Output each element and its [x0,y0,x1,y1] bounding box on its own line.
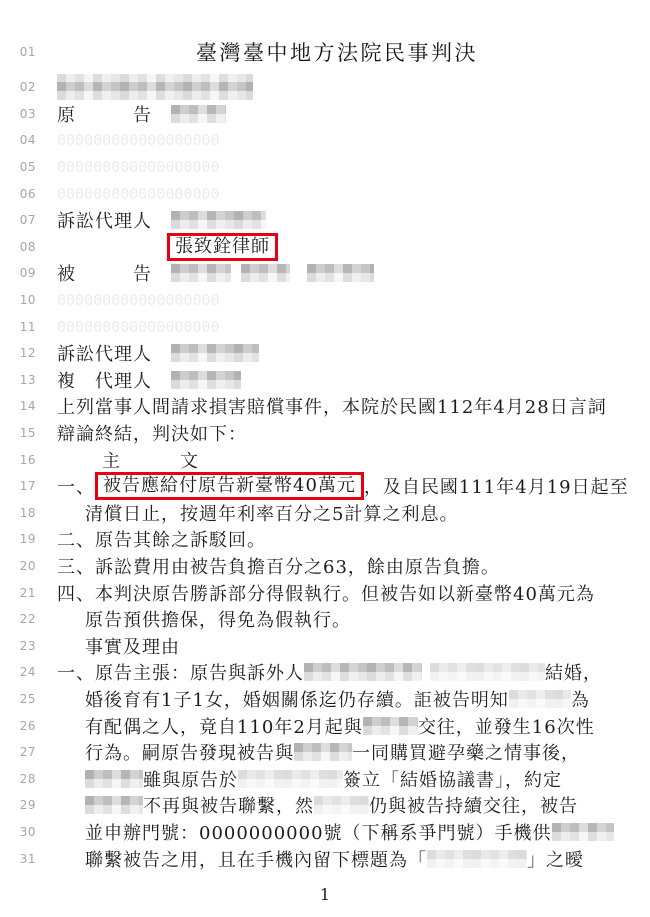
line-number: 19 [0,532,36,546]
placeholder-zeros: 000000000000000000 [57,131,220,149]
line-content: 事實及理由 [85,633,180,659]
document-line-11: 11000000000000000000 [0,313,650,340]
text-run: 文 [180,447,199,473]
text-run: 交往，並發生16次性 [418,713,595,739]
spacer [121,459,180,460]
line-number: 31 [0,852,36,866]
placeholder-zeros: 000000000000000000 [57,185,220,203]
document-line-10: 10000000000000000000 [0,287,650,314]
line-number: 11 [0,320,36,334]
document-line-08: 08張致銓律師 [0,234,650,261]
line-content: 主文 [102,447,199,473]
line-number: 15 [0,426,36,440]
line-content: 張致銓律師 [57,233,278,261]
document-line-16: 16主文 [0,446,650,473]
text-run: 三、訴訟費用由被告負擔百分之63，餘由原告負擔。 [57,553,500,579]
line-content: 複 代理人 [57,367,241,393]
line-number: 24 [0,665,36,679]
line-content: 一、原告主張：原告與訴外人結婚， [57,659,602,685]
placeholder-zeros: 000000000000000000 [57,291,220,309]
redaction-pixelated [363,717,418,735]
line-content: 上列當事人間請求損害賠償事件，本院於民國112年4月28日言詞 [57,393,607,419]
line-content: 有配偶之人，竟自110年2月起與交往，並發生16次性 [85,713,595,739]
document-line-22: 22原告預供擔保，得免為假執行。 [0,606,650,633]
redaction-pixelated [314,796,369,814]
line-content: 婚後育有1子1女，婚姻關係迄仍存續。詎被告明知為 [85,686,590,712]
spacer [153,353,171,354]
document-line-17: 17一、被告應給付原告新臺幣40萬元，及自民國111年4月19日起至 [0,473,650,500]
line-number: 06 [0,187,36,201]
redaction-pixelated [238,770,343,788]
red-highlight-box: 張致銓律師 [167,233,278,261]
line-number: 26 [0,719,36,733]
document-line-23: 23事實及理由 [0,632,650,659]
redaction-pixelated [85,796,143,814]
document-line-03: 03原 告 [0,101,650,128]
line-content: 一、被告應給付原告新臺幣40萬元，及自民國111年4月19日起至 [57,472,629,500]
spacer [422,672,430,673]
document-line-07: 07訴訟代理人 [0,207,650,234]
line-content: 並申辦門號：0000000000號（下稱系爭門號）手機供 [85,819,614,845]
text-run: 結婚， [545,659,602,685]
text-run: 二、原告其餘之訴駁回。 [57,526,266,552]
placeholder-zeros: 000000000000000000 [57,318,220,336]
spacer [57,246,167,247]
document-line-30: 30並申辦門號：0000000000號（下稱系爭門號）手機供 [0,819,650,846]
text-run: 行為。嗣原告發現被告與 [85,739,294,765]
spacer [153,273,171,274]
line-number: 29 [0,798,36,812]
line-number: 05 [0,160,36,174]
line-number: 21 [0,586,36,600]
line-content: 三、訴訟費用由被告負擔百分之63，餘由原告負擔。 [57,553,500,579]
line-number: 27 [0,745,36,759]
placeholder-zeros: 000000000000000000 [57,158,220,176]
line-number: 17 [0,479,36,493]
redaction-pixelated [171,344,259,362]
text-run: 主 [102,447,121,473]
text-run: 不再與被告聯繫，然 [143,792,314,818]
line-number: 23 [0,639,36,653]
line-number: 13 [0,373,36,387]
document-line-18: 18清償日止，按週年利率百分之5計算之利息。 [0,500,650,527]
spacer [153,220,171,221]
line-number: 18 [0,506,36,520]
line-content: 辯論終結，判決如下： [57,420,247,446]
text-run: 簽立「結婚協議書」，約定 [343,766,562,792]
text-run: 聯繫被告之用，且在手機內留下標題為「 [85,846,427,872]
redaction-pixelated [171,211,266,229]
line-content: 四、本判決原告勝訴部分得假執行。但被告如以新臺幣40萬元為 [57,580,595,606]
document-line-02: 02 [0,74,650,101]
line-content: 雖與原告於簽立「結婚協議書」，約定 [85,766,562,792]
redaction-pixelated [85,770,143,788]
line-content: 原告預供擔保，得免為假執行。 [85,606,351,632]
text-run: 一、原告主張：原告與訴外人 [57,659,304,685]
line-content: 聯繫被告之用，且在手機內留下標題為「」之曖 [85,846,584,872]
document-line-20: 20三、訴訟費用由被告負擔百分之63，餘由原告負擔。 [0,553,650,580]
spacer [290,273,307,274]
party-label: 訴訟代理人 [57,340,153,366]
line-number: 12 [0,346,36,360]
line-number: 10 [0,293,36,307]
line-number: 02 [0,80,36,94]
line-content: 原 告 [57,101,226,127]
text-run: 事實及理由 [85,633,180,659]
redaction-pixelated [57,74,253,100]
line-number: 16 [0,453,36,467]
line-number: 28 [0,772,36,786]
line-content: 000000000000000000 [57,318,220,336]
document-line-15: 15辯論終結，判決如下： [0,420,650,447]
line-content: 被 告 [57,260,374,286]
text-run: 原告預供擔保，得免為假執行。 [85,606,351,632]
line-number: 09 [0,266,36,280]
document-line-06: 06000000000000000000 [0,180,650,207]
line-content: 不再與被告聯繫，然仍與被告持續交往，被告 [85,792,578,818]
text-run: 為 [571,686,590,712]
line-content: 000000000000000000 [57,291,220,309]
document-line-01: 01臺灣臺中地方法院民事判決 [0,30,650,74]
text-run: 仍與被告持續交往，被告 [369,792,578,818]
spacer [153,379,171,380]
line-content: 二、原告其餘之訴駁回。 [57,526,266,552]
line-content [57,74,290,100]
line-content: 行為。嗣原告發現被告與一同購買避孕藥之情事後， [85,739,580,765]
text-run: 臺灣臺中地方法院民事判決 [196,37,478,67]
redaction-pixelated [171,105,226,123]
party-label: 訴訟代理人 [57,207,153,233]
page-footer: 1 [0,872,650,917]
redaction-pixelated [430,663,545,681]
line-number: 14 [0,399,36,413]
line-number: 01 [0,45,36,59]
text-run: 一同購買避孕藥之情事後， [352,739,580,765]
redaction-pixelated [304,663,422,681]
page-number: 1 [320,885,330,904]
document-line-13: 13複 代理人 [0,367,650,394]
document-line-24: 24一、原告主張：原告與訴外人結婚， [0,659,650,686]
redaction-pixelated [294,743,352,761]
document-line-12: 12訴訟代理人 [0,340,650,367]
document-line-29: 29不再與被告聯繫，然仍與被告持續交往，被告 [0,792,650,819]
judgment-document-page: 01臺灣臺中地方法院民事判決0203原 告0400000000000000000… [0,0,650,917]
text-run: 有配偶之人，竟自110年2月起與 [85,713,363,739]
document-line-05: 05000000000000000000 [0,154,650,181]
text-run: 上列當事人間請求損害賠償事件，本院於民國112年4月28日言詞 [57,393,607,419]
spacer [231,273,241,274]
document-title: 臺灣臺中地方法院民事判決 [57,37,617,67]
redaction-pixelated [427,850,527,868]
document-line-25: 25婚後育有1子1女，婚姻關係迄仍存續。詎被告明知為 [0,686,650,713]
redaction-pixelated [241,264,290,282]
document-line-14: 14上列當事人間請求損害賠償事件，本院於民國112年4月28日言詞 [0,393,650,420]
text-run: 婚後育有1子1女，婚姻關係迄仍存續。詎被告明知 [85,686,509,712]
text-run: 雖與原告於 [143,766,238,792]
line-number: 30 [0,825,36,839]
document-line-28: 28雖與原告於簽立「結婚協議書」，約定 [0,765,650,792]
line-content: 000000000000000000 [57,158,220,176]
spacer [153,113,171,114]
text-run: 四、本判決原告勝訴部分得假執行。但被告如以新臺幣40萬元為 [57,580,595,606]
line-number: 03 [0,107,36,121]
line-content: 清償日止，按週年利率百分之5計算之利息。 [85,500,458,526]
party-label: 原 告 [57,101,153,127]
line-number: 04 [0,133,36,147]
line-content: 訴訟代理人 [57,340,259,366]
redaction-pixelated [509,690,571,708]
redaction-pixelated [171,371,241,389]
document-line-27: 27行為。嗣原告發現被告與一同購買避孕藥之情事後， [0,739,650,766]
redaction-pixelated [171,264,231,282]
party-label: 被 告 [57,260,153,286]
text-run: 清償日止，按週年利率百分之5計算之利息。 [85,500,458,526]
document-line-21: 21四、本判決原告勝訴部分得假執行。但被告如以新臺幣40萬元為 [0,579,650,606]
text-run: 一、 [57,473,95,499]
document-lines: 01臺灣臺中地方法院民事判決0203原 告0400000000000000000… [0,30,650,872]
line-content: 訴訟代理人 [57,207,266,233]
document-line-04: 04000000000000000000 [0,127,650,154]
line-number: 07 [0,213,36,227]
text-run: 」之曖 [527,846,584,872]
line-number: 25 [0,692,36,706]
text-run: ，及自民國111年4月19日起至 [364,473,629,499]
document-line-26: 26有配偶之人，竟自110年2月起與交往，並發生16次性 [0,712,650,739]
line-content: 000000000000000000 [57,185,220,203]
document-line-31: 31聯繫被告之用，且在手機內留下標題為「」之曖 [0,845,650,872]
line-number: 08 [0,240,36,254]
document-line-19: 19二、原告其餘之訴駁回。 [0,526,650,553]
line-number: 22 [0,612,36,626]
spacer [253,87,290,88]
party-label: 複 代理人 [57,367,153,393]
redaction-pixelated [552,823,614,841]
text-run: 辯論終結，判決如下： [57,420,247,446]
text-run: 並申辦門號：0000000000號（下稱系爭門號）手機供 [85,819,552,845]
document-line-09: 09被 告 [0,260,650,287]
line-number: 20 [0,559,36,573]
line-content: 000000000000000000 [57,131,220,149]
redaction-pixelated [307,264,374,282]
red-highlight-box: 被告應給付原告新臺幣40萬元 [95,472,364,500]
